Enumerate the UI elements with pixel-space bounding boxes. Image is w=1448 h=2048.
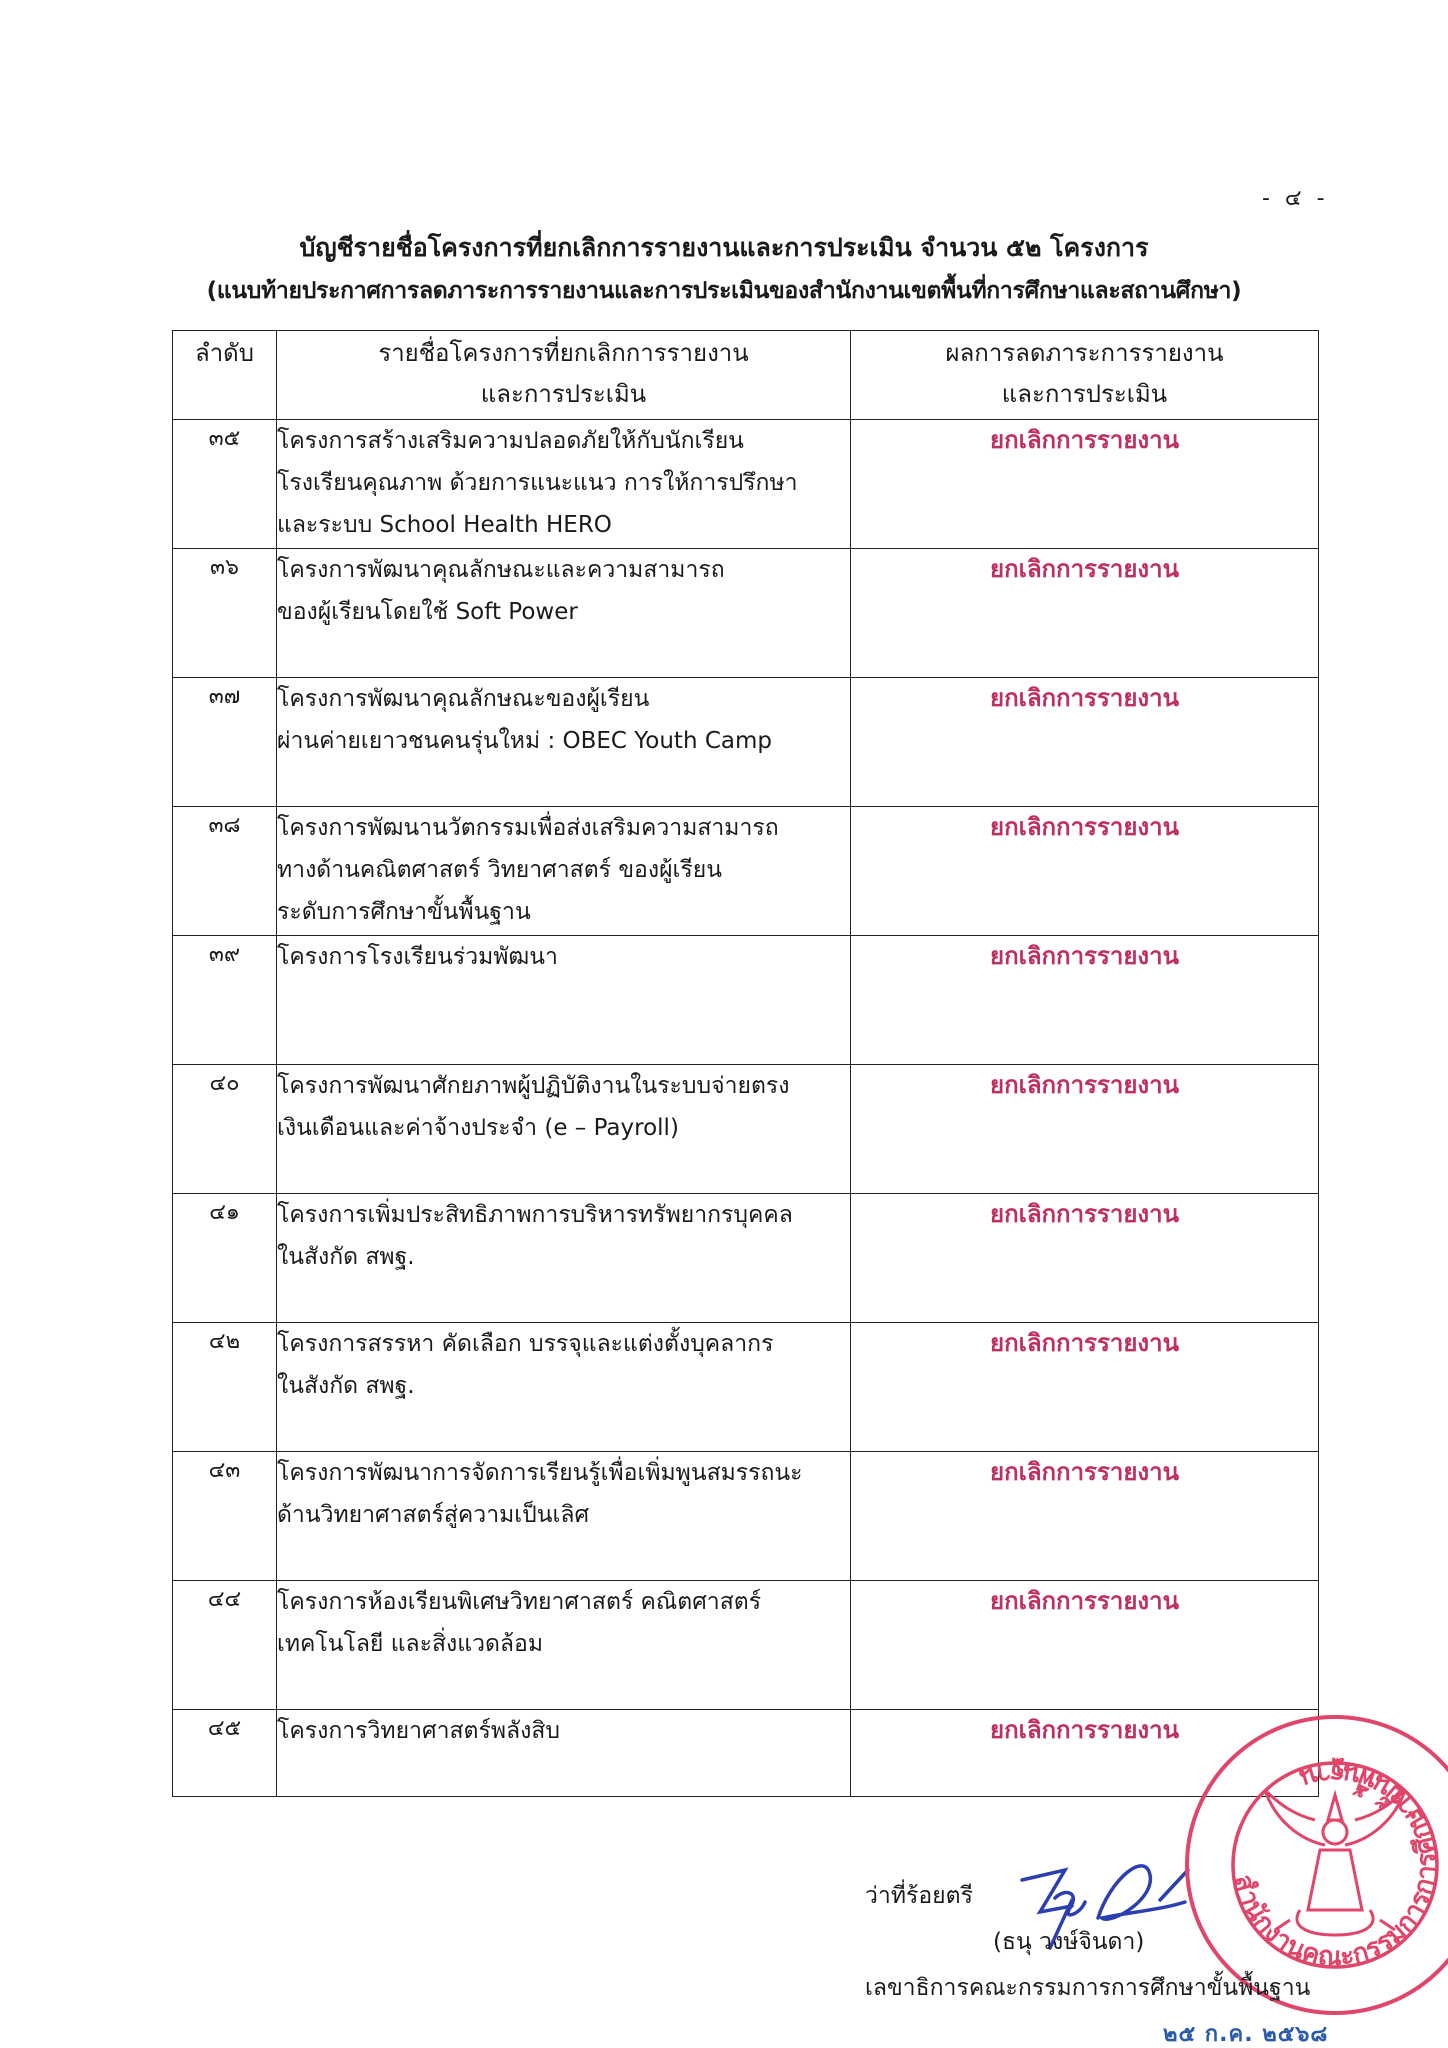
project-name-line: โครงการห้องเรียนพิเศษวิทยาศาสตร์ คณิตศาส…: [277, 1581, 850, 1623]
project-name-line: เทคโนโลยี และสิ่งแวดล้อม: [277, 1623, 850, 1665]
result-status: ยกเลิกการรายงาน: [851, 1581, 1319, 1710]
page-number: - ๔ -: [1262, 180, 1329, 215]
project-name-line: ของผู้เรียนโดยใช้ Soft Power: [277, 591, 850, 633]
project-name: โครงการห้องเรียนพิเศษวิทยาศาสตร์ คณิตศาส…: [277, 1581, 851, 1710]
project-name: โครงการพัฒนานวัตกรรมเพื่อส่งเสริมความสาม…: [277, 807, 851, 936]
table-row: ๔๑โครงการเพิ่มประสิทธิภาพการบริหารทรัพยา…: [173, 1194, 1319, 1323]
row-number: ๓๘: [173, 807, 277, 936]
document-title: บัญชีรายชื่อโครงการที่ยกเลิกการรายงานและ…: [0, 228, 1448, 268]
table-row: ๔๔โครงการห้องเรียนพิเศษวิทยาศาสตร์ คณิตศ…: [173, 1581, 1319, 1710]
row-number: ๓๕: [173, 420, 277, 549]
project-name-line: โรงเรียนคุณภาพ ด้วยการแนะแนว การให้การปร…: [277, 462, 850, 504]
project-name: โครงการสรรหา คัดเลือก บรรจุและแต่งตั้งบุ…: [277, 1323, 851, 1452]
project-name-line: โครงการสร้างเสริมความปลอดภัยให้กับนักเรี…: [277, 420, 850, 462]
header-project-name: รายชื่อโครงการที่ยกเลิกการรายงาน และการป…: [277, 331, 851, 420]
project-name-line: ในสังกัด สพฐ.: [277, 1365, 850, 1407]
table-row: ๓๘โครงการพัฒนานวัตกรรมเพื่อส่งเสริมความส…: [173, 807, 1319, 936]
result-status: ยกเลิกการรายงาน: [851, 678, 1319, 807]
table-row: ๔๕โครงการวิทยาศาสตร์พลังสิบยกเลิกการรายง…: [173, 1710, 1319, 1797]
result-status: ยกเลิกการรายงาน: [851, 1065, 1319, 1194]
row-number: ๔๕: [173, 1710, 277, 1797]
row-number: ๔๔: [173, 1581, 277, 1710]
project-name-line: โครงการสรรหา คัดเลือก บรรจุและแต่งตั้งบุ…: [277, 1323, 850, 1365]
signer-position: เลขาธิการคณะกรรมการการศึกษาขั้นพื้นฐาน: [865, 1970, 1310, 2006]
project-name-line: โครงการพัฒนาศักยภาพผู้ปฏิบัติงานในระบบจ่…: [277, 1065, 850, 1107]
row-number: ๔๓: [173, 1452, 277, 1581]
table-row: ๔๓โครงการพัฒนาการจัดการเรียนรู้เพื่อเพิ่…: [173, 1452, 1319, 1581]
project-name-line: และระบบ School Health HERO: [277, 504, 850, 546]
project-name-line: ด้านวิทยาศาสตร์สู่ความเป็นเลิศ: [277, 1494, 850, 1536]
row-number: ๓๙: [173, 936, 277, 1065]
table-row: ๓๖โครงการพัฒนาคุณลักษณะและความสามารถของผ…: [173, 549, 1319, 678]
project-name-line: โครงการพัฒนาการจัดการเรียนรู้เพื่อเพิ่มพ…: [277, 1452, 850, 1494]
project-name: โครงการโรงเรียนร่วมพัฒนา: [277, 936, 851, 1065]
row-number: ๔๒: [173, 1323, 277, 1452]
project-name-line: โครงการพัฒนาคุณลักษณะและความสามารถ: [277, 549, 850, 591]
signature-date: ๒๕ ก.ค. ๒๕๖๘: [1163, 2016, 1328, 2048]
project-name-line: ผ่านค่ายเยาวชนคนรุ่นใหม่ : OBEC Youth Ca…: [277, 720, 850, 762]
projects-table: ลำดับ รายชื่อโครงการที่ยกเลิกการรายงาน แ…: [172, 330, 1319, 1797]
project-name: โครงการสร้างเสริมความปลอดภัยให้กับนักเรี…: [277, 420, 851, 549]
project-name-line: ทางด้านคณิตศาสตร์ วิทยาศาสตร์ ของผู้เรีย…: [277, 849, 850, 891]
project-name-line: ระดับการศึกษาขั้นพื้นฐาน: [277, 891, 850, 933]
signer-name: (ธนุ วงษ์จินดา): [993, 1924, 1144, 1960]
project-name: โครงการพัฒนาคุณลักษณะของผู้เรียนผ่านค่าย…: [277, 678, 851, 807]
project-name: โครงการพัฒนาคุณลักษณะและความสามารถของผู้…: [277, 549, 851, 678]
project-name-line: โครงการวิทยาศาสตร์พลังสิบ: [277, 1710, 850, 1752]
table-header-row: ลำดับ รายชื่อโครงการที่ยกเลิกการรายงาน แ…: [173, 331, 1319, 420]
table-row: ๓๗โครงการพัฒนาคุณลักษณะของผู้เรียนผ่านค่…: [173, 678, 1319, 807]
document-subtitle: (แนบท้ายประกาศการลดภาระการรายงานและการปร…: [0, 273, 1448, 309]
project-name-line: โครงการเพิ่มประสิทธิภาพการบริหารทรัพยากร…: [277, 1194, 850, 1236]
result-status: ยกเลิกการรายงาน: [851, 420, 1319, 549]
row-number: ๔๐: [173, 1065, 277, 1194]
project-name-line: เงินเดือนและค่าจ้างประจำ (e – Payroll): [277, 1107, 850, 1149]
result-status: ยกเลิกการรายงาน: [851, 936, 1319, 1065]
table-row: ๓๕โครงการสร้างเสริมความปลอดภัยให้กับนักเ…: [173, 420, 1319, 549]
row-number: ๓๖: [173, 549, 277, 678]
result-status: ยกเลิกการรายงาน: [851, 1194, 1319, 1323]
project-name: โครงการวิทยาศาสตร์พลังสิบ: [277, 1710, 851, 1797]
project-name: โครงการพัฒนาศักยภาพผู้ปฏิบัติงานในระบบจ่…: [277, 1065, 851, 1194]
row-number: ๔๑: [173, 1194, 277, 1323]
project-name: โครงการเพิ่มประสิทธิภาพการบริหารทรัพยากร…: [277, 1194, 851, 1323]
project-name-line: โครงการพัฒนาคุณลักษณะของผู้เรียน: [277, 678, 850, 720]
row-number: ๓๗: [173, 678, 277, 807]
result-status: ยกเลิกการรายงาน: [851, 1323, 1319, 1452]
header-result: ผลการลดภาระการรายงาน และการประเมิน: [851, 331, 1319, 420]
project-name-line: ในสังกัด สพฐ.: [277, 1236, 850, 1278]
result-status: ยกเลิกการรายงาน: [851, 807, 1319, 936]
table-row: ๔๐โครงการพัฒนาศักยภาพผู้ปฏิบัติงานในระบบ…: [173, 1065, 1319, 1194]
table-row: ๔๒โครงการสรรหา คัดเลือก บรรจุและแต่งตั้ง…: [173, 1323, 1319, 1452]
svg-text:สำนักงานคณะกรรมการการศึกษาขั้น: สำนักงานคณะกรรมการการศึกษาขั้นพื้นฐาน: [1228, 1756, 1442, 1973]
project-name-line: โครงการโรงเรียนร่วมพัฒนา: [277, 936, 850, 978]
result-status: ยกเลิกการรายงาน: [851, 549, 1319, 678]
signer-rank: ว่าที่ร้อยตรี: [865, 1878, 973, 1914]
project-name: โครงการพัฒนาการจัดการเรียนรู้เพื่อเพิ่มพ…: [277, 1452, 851, 1581]
result-status: ยกเลิกการรายงาน: [851, 1452, 1319, 1581]
header-no: ลำดับ: [173, 331, 277, 420]
table-row: ๓๙โครงการโรงเรียนร่วมพัฒนายกเลิกการรายงา…: [173, 936, 1319, 1065]
project-name-line: โครงการพัฒนานวัตกรรมเพื่อส่งเสริมความสาม…: [277, 807, 850, 849]
